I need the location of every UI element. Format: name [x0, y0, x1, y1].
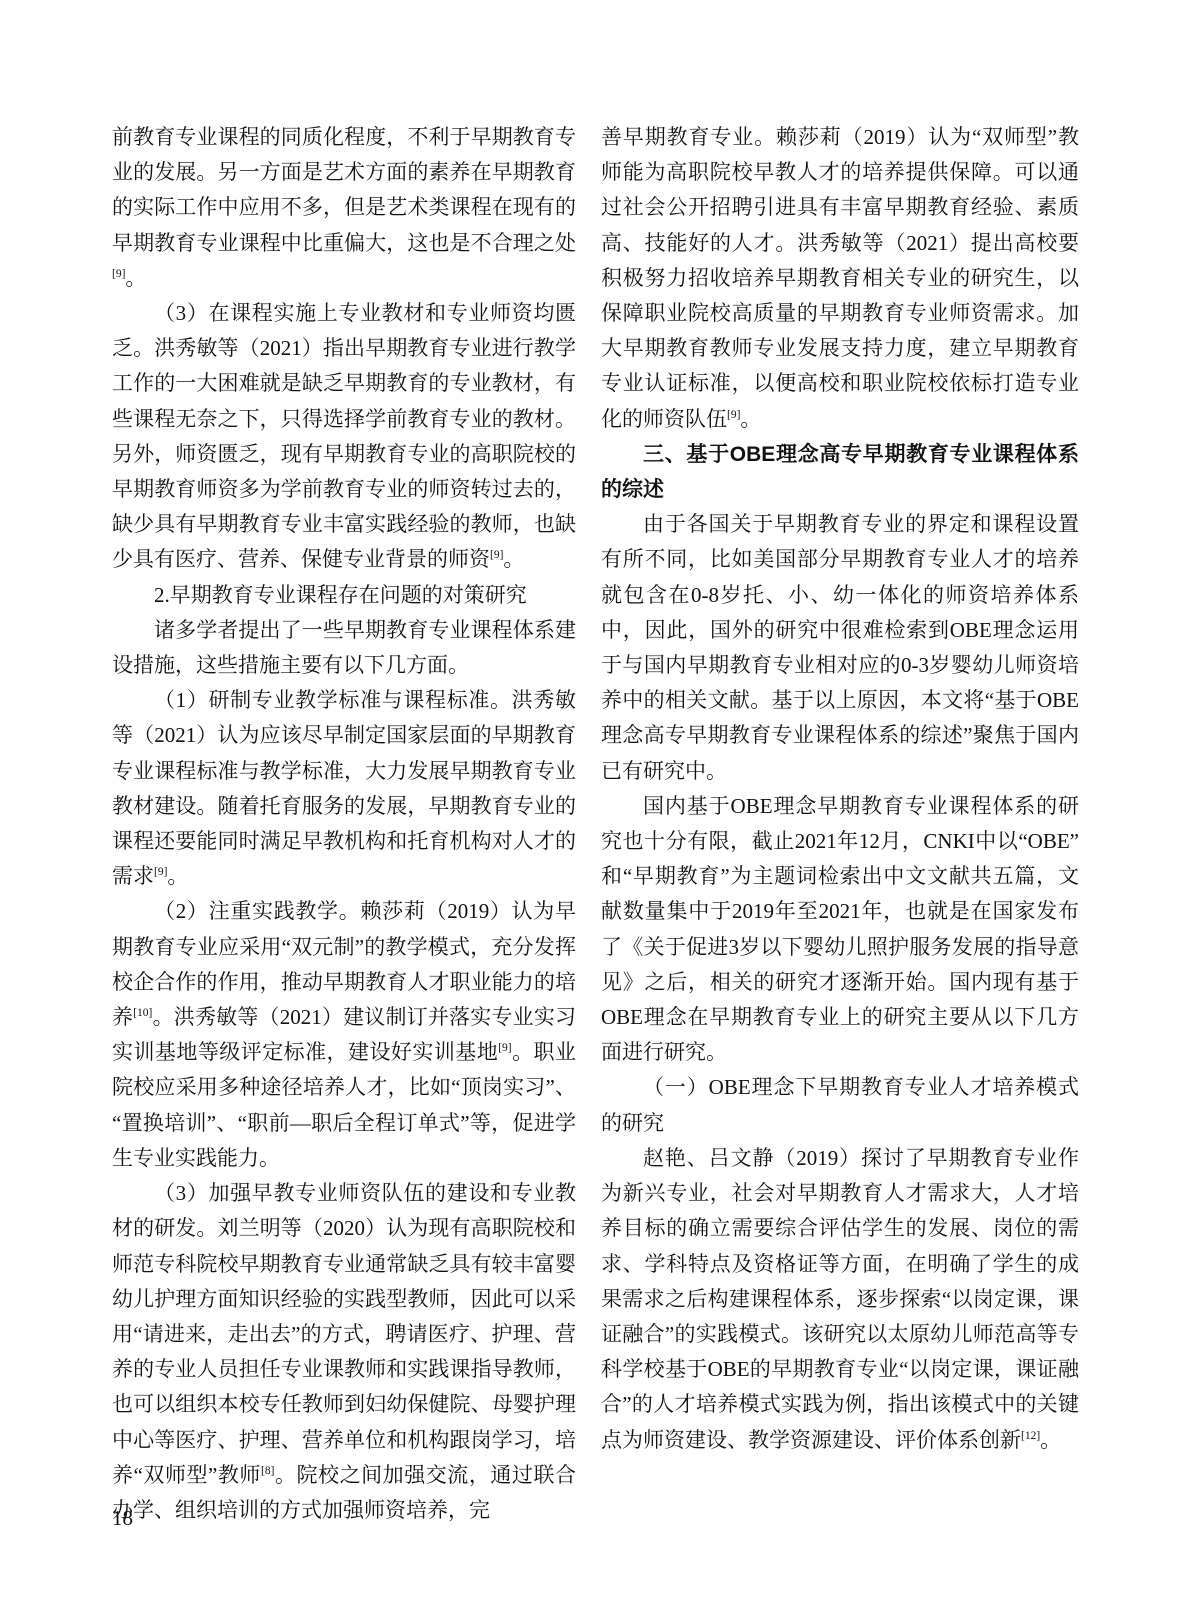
text-run: 三、基于OBE理念高专早期教育专业课程体系的综述	[601, 443, 1079, 501]
text-run: 由于各国关于早期教育专业的界定和课程设置有所不同，比如美国部分早期教育专业人才的…	[601, 512, 1079, 782]
page-number: 18	[112, 1506, 133, 1531]
document-page: 前教育专业课程的同质化程度，不利于早期教育专业的发展。另一方面是艺术方面的素养在…	[0, 0, 1191, 1616]
text-run: （一）OBE理念下早期教育专业人才培养模式的研究	[601, 1075, 1079, 1134]
text-run: 。	[1040, 1428, 1061, 1452]
text-run: 国内基于OBE理念早期教育专业课程体系的研究也十分有限，截止2021年12月，C…	[601, 794, 1079, 1064]
paragraph: （2）注重实践教学。赖莎莉（2019）认为早期教育专业应采用“双元制”的教学模式…	[112, 894, 576, 1176]
text-run: 。	[167, 864, 188, 888]
text-run: 诸多学者提出了一些早期教育专业课程体系建设措施，这些措施主要有以下几方面。	[112, 618, 576, 677]
text-run: （1）研制专业教学标准与课程标准。洪秀敏等（2021）认为应该尽早制定国家层面的…	[112, 688, 576, 888]
text-columns: 前教育专业课程的同质化程度，不利于早期教育专业的发展。另一方面是艺术方面的素养在…	[112, 120, 1079, 1528]
citation-ref: [8]	[261, 1465, 274, 1477]
left-column: 前教育专业课程的同质化程度，不利于早期教育专业的发展。另一方面是艺术方面的素养在…	[112, 120, 576, 1528]
citation-ref: [9]	[727, 409, 740, 421]
paragraph: （3）加强早教专业师资队伍的建设和专业教材的研发。刘兰明等（2020）认为现有高…	[112, 1176, 576, 1528]
citation-ref: [9]	[498, 1042, 511, 1054]
text-run: 前教育专业课程的同质化程度，不利于早期教育专业的发展。另一方面是艺术方面的素养在…	[112, 125, 576, 255]
paragraph: 2.早期教育专业课程存在问题的对策研究	[112, 578, 576, 613]
paragraph: 由于各国关于早期教育专业的界定和课程设置有所不同，比如美国部分早期教育专业人才的…	[601, 507, 1079, 789]
citation-ref: [10]	[133, 1007, 152, 1019]
paragraph: （1）研制专业教学标准与课程标准。洪秀敏等（2021）认为应该尽早制定国家层面的…	[112, 683, 576, 894]
text-run: 。	[503, 547, 524, 571]
paragraph: （3）在课程实施上专业教材和专业师资均匮乏。洪秀敏等（2021）指出早期教育专业…	[112, 296, 576, 578]
right-column: 善早期教育专业。赖莎莉（2019）认为“双师型”教师能为高职院校早教人才的培养提…	[601, 120, 1079, 1528]
text-run: 。	[125, 266, 146, 290]
citation-ref: [9]	[154, 866, 167, 878]
text-run: 赵艳、吕文静（2019）探讨了早期教育专业作为新兴专业，社会对早期教育人才需求大…	[601, 1146, 1079, 1452]
paragraph: 前教育专业课程的同质化程度，不利于早期教育专业的发展。另一方面是艺术方面的素养在…	[112, 120, 576, 296]
paragraph: 善早期教育专业。赖莎莉（2019）认为“双师型”教师能为高职院校早教人才的培养提…	[601, 120, 1079, 437]
text-run: 善早期教育专业。赖莎莉（2019）认为“双师型”教师能为高职院校早教人才的培养提…	[601, 125, 1079, 431]
paragraph: （一）OBE理念下早期教育专业人才培养模式的研究	[601, 1070, 1079, 1140]
citation-ref: [9]	[112, 268, 125, 280]
paragraph: 赵艳、吕文静（2019）探讨了早期教育专业作为新兴专业，社会对早期教育人才需求大…	[601, 1141, 1079, 1458]
section-heading: 三、基于OBE理念高专早期教育专业课程体系的综述	[601, 437, 1079, 507]
text-run: 2.早期教育专业课程存在问题的对策研究	[154, 583, 527, 607]
citation-ref: [12]	[1021, 1430, 1040, 1442]
text-run: 。洪秀敏等（2021）建议制订并落实专业实习实训基地等级评定标准，建设好实训基地	[112, 1005, 576, 1064]
paragraph: 诸多学者提出了一些早期教育专业课程体系建设措施，这些措施主要有以下几方面。	[112, 613, 576, 683]
paragraph: 国内基于OBE理念早期教育专业课程体系的研究也十分有限，截止2021年12月，C…	[601, 789, 1079, 1071]
text-run: （3）加强早教专业师资队伍的建设和专业教材的研发。刘兰明等（2020）认为现有高…	[112, 1181, 576, 1487]
text-run: 。	[740, 407, 761, 431]
text-run: （3）在课程实施上专业教材和专业师资均匮乏。洪秀敏等（2021）指出早期教育专业…	[112, 301, 576, 571]
citation-ref: [9]	[490, 549, 503, 561]
